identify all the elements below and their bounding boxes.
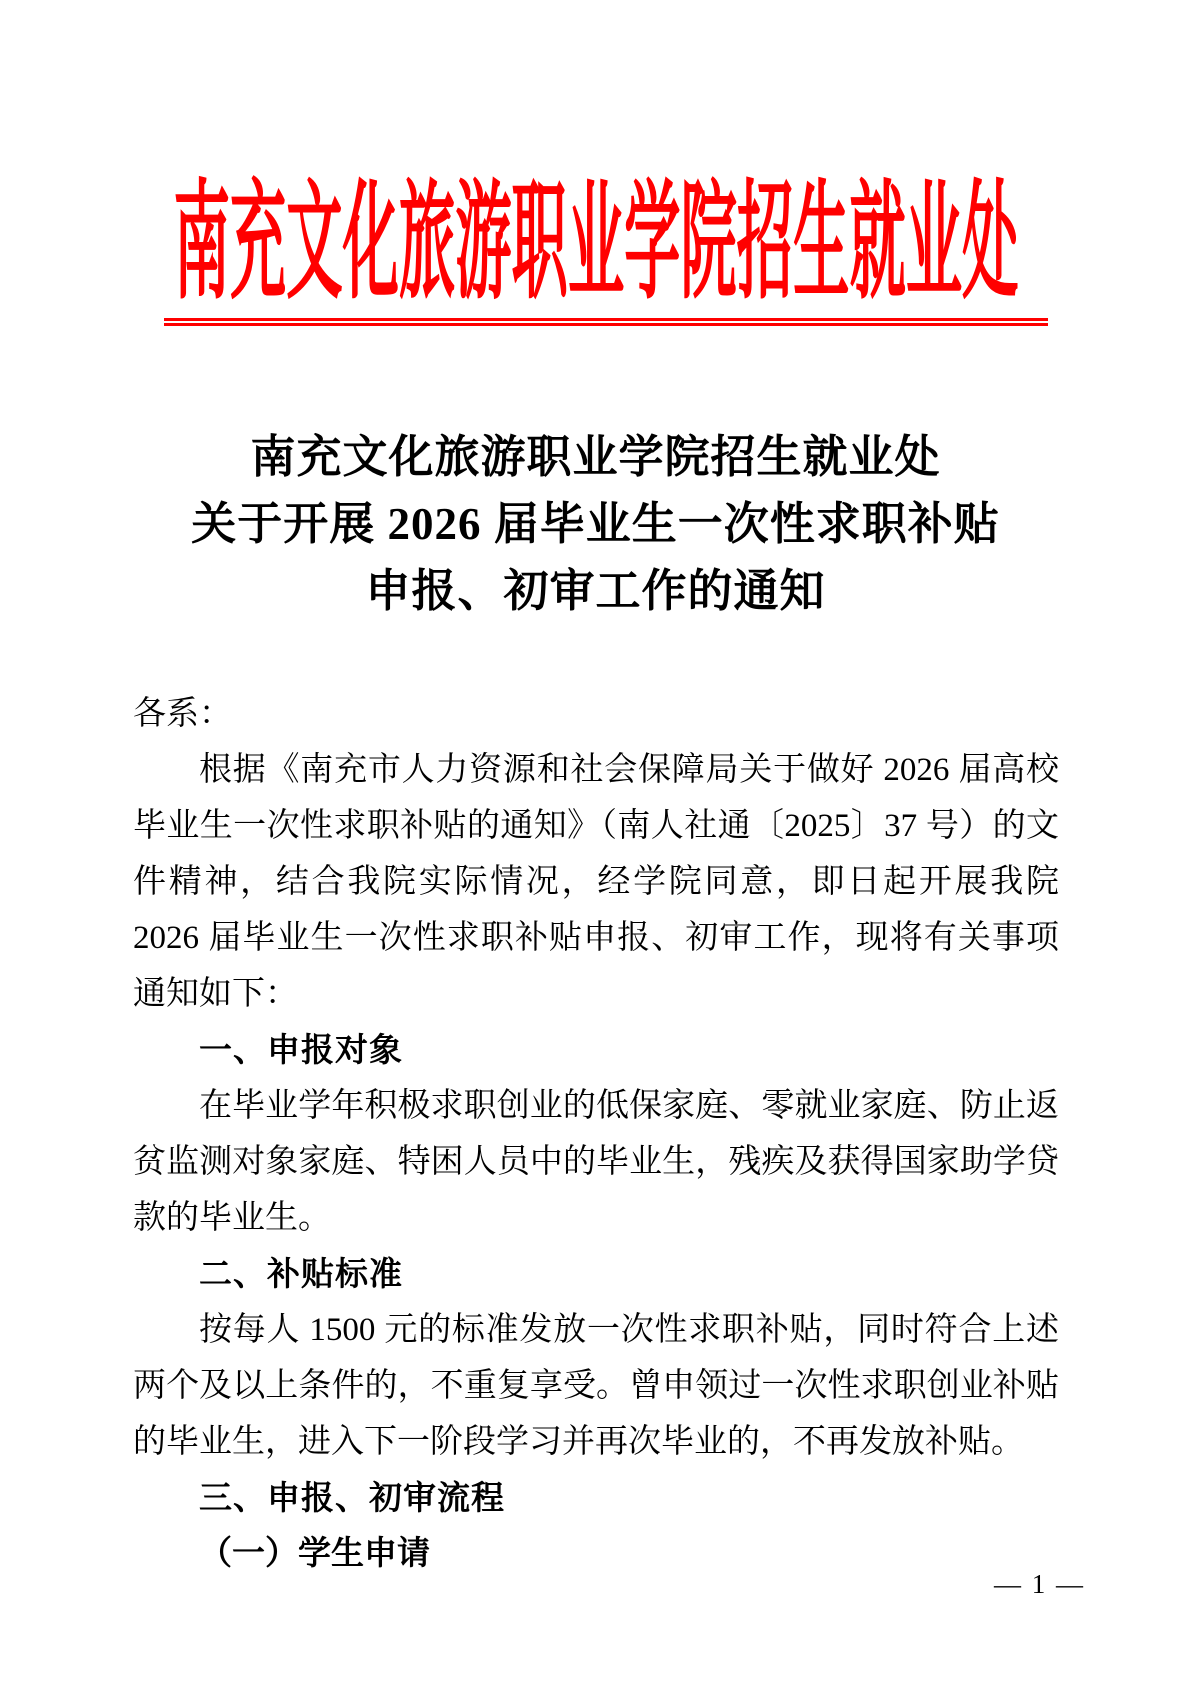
section-2-heading: 二、补贴标准 (133, 1246, 1059, 1302)
intro-paragraph: 根据《南充市人力资源和社会保障局关于做好 2026 届高校毕业生一次性求职补贴的… (133, 742, 1059, 1022)
letterhead-divider-rule (164, 318, 1048, 326)
document-title-line-2: 关于开展 2026 届毕业生一次性求职补贴 (0, 491, 1191, 558)
document-title-line-3: 申报、初审工作的通知 (0, 558, 1191, 625)
salutation: 各系： (133, 686, 1059, 742)
section-1-paragraph: 在毕业学年积极求职创业的低保家庭、零就业家庭、防止返贫监测对象家庭、特困人员中的… (133, 1078, 1059, 1246)
section-3-subsection-1-heading: （一）学生申请 (133, 1526, 1059, 1582)
document-body: 各系： 根据《南充市人力资源和社会保障局关于做好 2026 届高校毕业生一次性求… (133, 686, 1059, 1582)
letterhead-banner: 南充文化旅游职业学院招生就业处 (0, 178, 1191, 308)
letterhead-title: 南充文化旅游职业学院招生就业处 (173, 179, 1018, 307)
section-2-paragraph: 按每人 1500 元的标准发放一次性求职补贴，同时符合上述两个及以上条件的，不重… (133, 1302, 1059, 1470)
section-3-heading: 三、申报、初审流程 (133, 1470, 1059, 1526)
document-page: 南充文化旅游职业学院招生就业处 南充文化旅游职业学院招生就业处 关于开展 202… (0, 0, 1191, 1684)
page-number: — 1 — (994, 1568, 1085, 1600)
document-title: 南充文化旅游职业学院招生就业处 关于开展 2026 届毕业生一次性求职补贴 申报… (0, 424, 1191, 625)
document-title-line-1: 南充文化旅游职业学院招生就业处 (0, 424, 1191, 491)
section-1-heading: 一、申报对象 (133, 1022, 1059, 1078)
